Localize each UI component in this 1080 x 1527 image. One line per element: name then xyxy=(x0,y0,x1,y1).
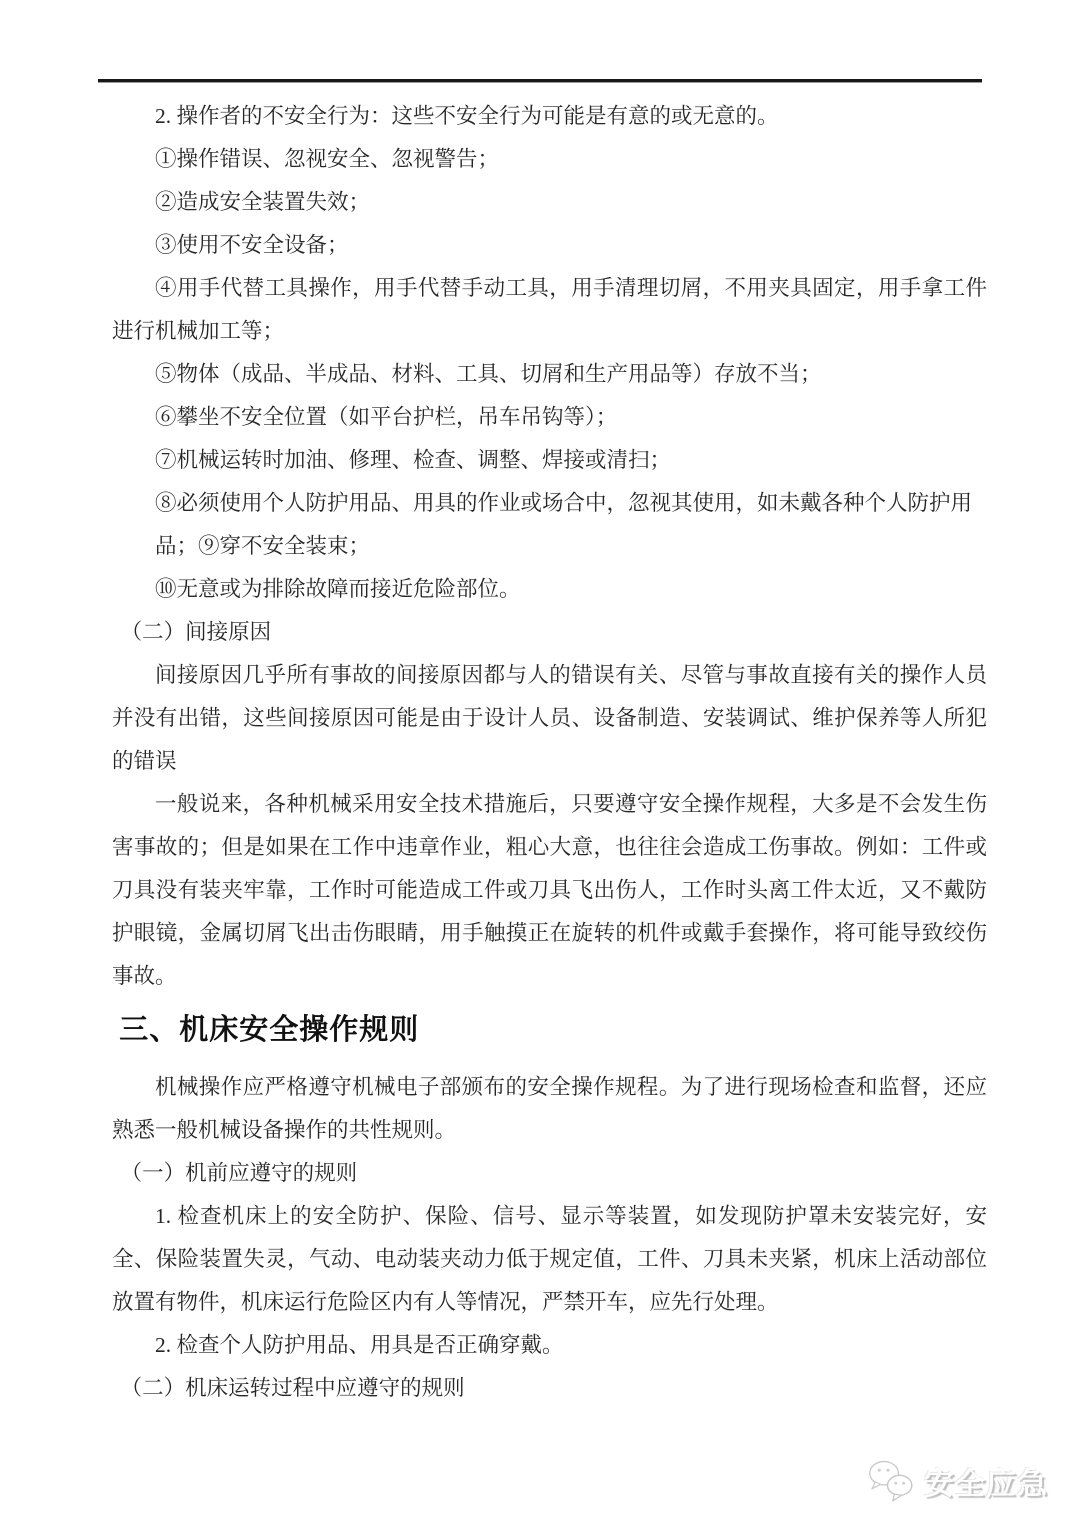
list-item-3: ③使用不安全设备； xyxy=(112,224,987,267)
paragraph-unsafe-behavior-intro: 2. 操作者的不安全行为：这些不安全行为可能是有意的或无意的。 xyxy=(112,95,987,138)
subheading-before-operation-rules: （一）机前应遵守的规则 xyxy=(112,1152,987,1195)
list-item-6: ⑥攀坐不安全位置（如平台护栏，吊车吊钩等）； xyxy=(112,396,987,439)
paragraph-check-machine: 1. 检查机床上的安全防护、保险、信号、显示等装置，如发现防护罩未安装完好，安全… xyxy=(112,1195,987,1324)
section-heading-machine-safety-rules: 三、机床安全操作规则 xyxy=(112,1007,987,1053)
list-item-5: ⑤物体（成品、半成品、材料、工具、切屑和生产用品等）存放不当； xyxy=(112,353,987,396)
document-page: 2. 操作者的不安全行为：这些不安全行为可能是有意的或无意的。 ①操作错误、忽视… xyxy=(0,0,1080,1527)
list-item-9: 品；⑨穿不安全装束； xyxy=(112,525,987,568)
document-content: 2. 操作者的不安全行为：这些不安全行为可能是有意的或无意的。 ①操作错误、忽视… xyxy=(112,95,987,1410)
watermark: 安全应急 xyxy=(865,1458,1048,1504)
paragraph-indirect-causes: 间接原因几乎所有事故的间接原因都与人的错误有关、尽管与事故直接有关的操作人员并没… xyxy=(112,654,987,783)
list-item-7: ⑦机械运转时加油、修理、检查、调整、焊接或清扫； xyxy=(112,439,987,482)
watermark-label: 安全应急 xyxy=(924,1459,1048,1503)
list-item-10: ⑩无意或为排除故障而接近危险部位。 xyxy=(112,568,987,611)
paragraph-general-remarks: 一般说来，各种机械采用安全技术措施后，只要遵守安全操作规程，大多是不会发生伤害事… xyxy=(112,783,987,998)
subheading-indirect-causes: （二）间接原因 xyxy=(112,611,987,654)
list-item-4: ④用手代替工具操作，用手代替手动工具，用手清理切屑，不用夹具固定，用手拿工件进行… xyxy=(112,267,987,353)
list-item-1: ①操作错误、忽视安全、忽视警告； xyxy=(112,138,987,181)
wechat-icon xyxy=(865,1458,917,1504)
paragraph-check-ppe: 2. 检查个人防护用品、用具是否正确穿戴。 xyxy=(112,1324,987,1367)
list-item-8: ⑧必须使用个人防护用品、用具的作业或场合中，忽视其使用，如未戴各种个人防护用 xyxy=(112,482,987,525)
header-rule xyxy=(98,79,982,84)
subheading-during-operation-rules: （二）机床运转过程中应遵守的规则 xyxy=(112,1367,987,1410)
paragraph-rules-intro: 机械操作应严格遵守机械电子部颁布的安全操作规程。为了进行现场检查和监督，还应熟悉… xyxy=(112,1066,987,1152)
list-item-2: ②造成安全装置失效； xyxy=(112,181,987,224)
